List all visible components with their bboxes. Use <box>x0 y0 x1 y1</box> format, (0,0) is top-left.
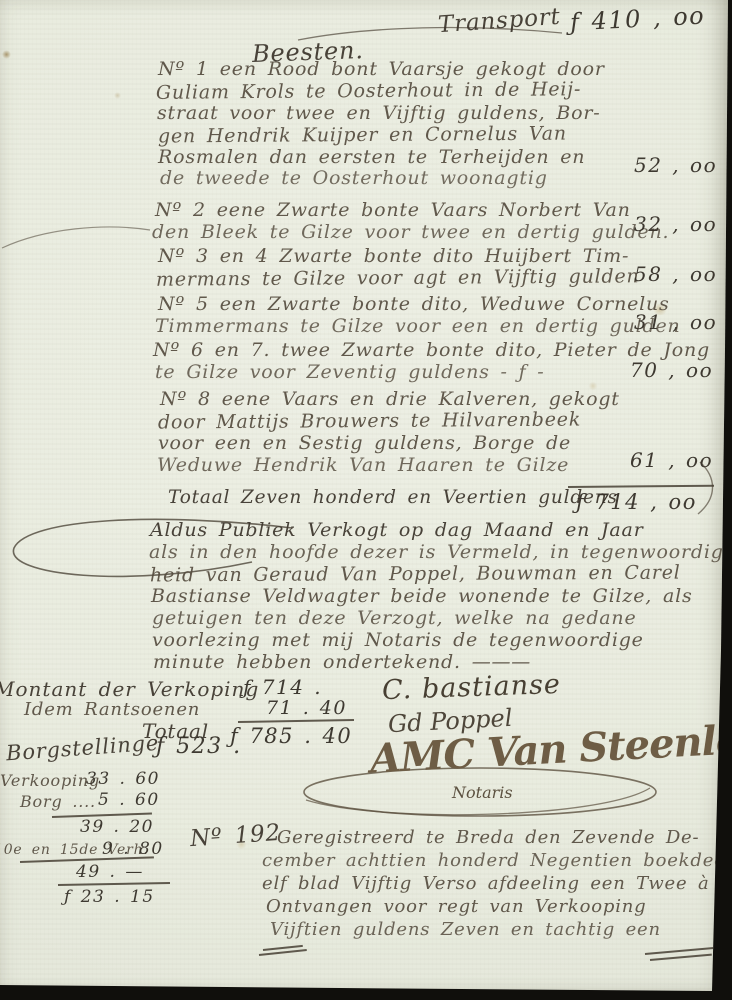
calc-rule-3 <box>58 882 170 886</box>
summary-montant-amount: ƒ 714 . <box>243 677 322 697</box>
entry-line: gen Hendrik Kuijper en Cornelus Van <box>158 125 567 147</box>
registration-line: cember achttien honderd Negentien boekde… <box>262 852 732 870</box>
signature-bastianse: C. bastianse <box>382 671 562 704</box>
entry-line: Nº 2 eene Zwarte bonte Vaars Norbert Van <box>155 201 631 220</box>
entry-line: Guliam Krols te Oosterhout in de Heij- <box>156 80 581 103</box>
entry-amount: 31 , oo <box>634 312 717 332</box>
entry-line: straat voor twee en Vijftig guldens, Bor… <box>157 104 600 123</box>
summary-total-amount: ƒ 785 . 40 <box>230 726 352 747</box>
closing-line: voorlezing met mij Notaris de tegenwoord… <box>152 631 644 650</box>
registration-line: Vijftien guldens Zeven en tachtig een <box>270 921 661 939</box>
calc-verkooping-value: 33 . 60 <box>86 771 160 788</box>
summary-borg-label: Borgstellinge <box>5 733 159 765</box>
ink-stain <box>2 50 11 59</box>
calc-final-value: ƒ 23 . 15 <box>64 889 155 906</box>
summary-montant-label: Montant der Verkoping <box>0 679 259 699</box>
entry-line: Nº 8 eene Vaars en drie Kalveren, gekogt <box>160 390 620 409</box>
entry-line: Rosmalen dan eersten te Terheijden en <box>158 148 585 167</box>
closing-line: heid van Geraud Van Poppel, Bouwman en C… <box>150 564 681 586</box>
entry-amount: 32 , oo <box>634 214 717 234</box>
summary-rantsoen-label: Idem Rantsoenen <box>24 701 200 719</box>
registration-line: Geregistreerd te Breda den Zevende De- <box>277 829 699 847</box>
closing-line: getuigen ten deze Verzogt, welke na geda… <box>152 609 637 628</box>
document-page: Transport ƒ 410 , oo Beesten. Nº 1 een R… <box>0 0 732 1000</box>
summary-rule <box>238 719 354 723</box>
entry-line: Nº 6 en 7. twee Zwarte bonte dito, Piete… <box>153 341 710 360</box>
calc-borg-label: Borg .... <box>20 794 96 810</box>
transport-label: Transport <box>437 6 561 38</box>
summary-rantsoen-amount: 71 . 40 <box>266 699 347 718</box>
total-amount: ƒ 714 , oo <box>576 492 697 513</box>
registration-underline-right-b <box>650 954 712 961</box>
calc-verh-value: 9 . 80 <box>102 841 164 858</box>
registration-line: elf blad Vijftig Verso afdeeling een Twe… <box>262 875 732 893</box>
fox-spot <box>114 92 121 99</box>
entry-line: Weduwe Hendrik Van Haaren te Gilze <box>157 456 569 475</box>
registration-line: Ontvangen voor regt van Verkooping <box>266 898 646 916</box>
entry-line: Timmermans te Gilze voor een en dertig g… <box>155 317 681 336</box>
calc-borg-value: 5 . 60 <box>98 792 160 809</box>
notary-title: Notaris <box>452 785 513 801</box>
summary-borg-amount: ƒ 523 . <box>156 736 242 758</box>
closing-line: als in den hoofde dezer is Vermeld, in t… <box>149 543 731 562</box>
entry-amount: 58 , oo <box>634 264 717 284</box>
entry-line: te Gilze voor Zeventig guldens - ƒ - <box>155 363 545 382</box>
entry-line: voor een en Sestig guldens, Borge de <box>158 434 571 453</box>
closing-line: minute hebben ondertekend. ——— <box>153 653 531 672</box>
entry-line: Nº 5 een Zwarte bonte dito, Weduwe Corne… <box>158 295 670 314</box>
registration-number: Nº 192 <box>189 822 281 851</box>
entry-line: door Mattijs Brouwers te Hilvarenbeek <box>158 411 581 433</box>
scan-background: { "doc": { "transport_label": "Transport… <box>0 0 732 1000</box>
closing-line: Aldus Publiek Verkogt op dag Maand en Ja… <box>150 521 644 540</box>
calc-sub-value: 39 . 20 <box>80 819 154 836</box>
transport-amount: ƒ 410 , oo <box>569 3 705 34</box>
entry-amount: 52 , oo <box>634 155 717 175</box>
closing-line: Bastianse Veldwagter beide wonende te Gi… <box>151 587 693 606</box>
entry-amount: 61 , oo <box>630 450 713 470</box>
total-label: Totaal Zeven honderd en Veertien guldens <box>168 489 618 508</box>
entry-line: Nº 1 een Rood bont Vaarsje gekogt door <box>158 60 605 79</box>
entry-amount: 70 , oo <box>630 360 713 380</box>
calc-sub2-value: 49 . — <box>76 864 144 881</box>
entry-line: den Bleek te Gilze voor twee en dertig g… <box>152 223 669 242</box>
entry-line: mermans te Gilze voor agt en Vijftig gul… <box>156 267 640 289</box>
entry-line: de tweede te Oosterhout woonagtig <box>160 169 548 188</box>
entry-line: Nº 3 en 4 Zwarte bonte dito Huijbert Tim… <box>158 247 629 266</box>
